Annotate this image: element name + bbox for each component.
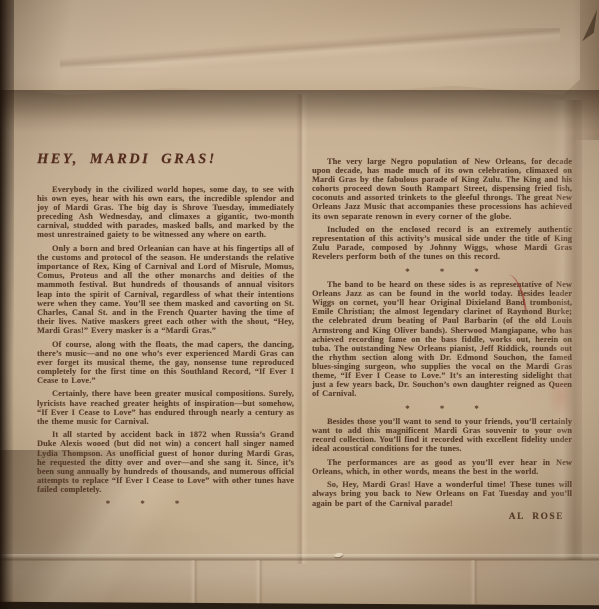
paragraph: Of course, along with the floats, the ma… bbox=[37, 340, 294, 385]
page-title: HEY, MARDI GRAS! bbox=[37, 150, 294, 168]
paragraph: Only a born and bred Orleanian can have … bbox=[37, 244, 294, 335]
left-column: HEY, MARDI GRAS! Everybody in the civili… bbox=[37, 150, 294, 512]
asterisk-separator: * * * bbox=[312, 403, 572, 413]
paragraph: So, Hey, Mardi Gras! Have a wonderful ti… bbox=[312, 480, 572, 507]
flap-cast-shadow bbox=[0, 90, 599, 132]
paper-ripple bbox=[190, 560, 198, 604]
paragraph: Certainly, there have been greater music… bbox=[37, 389, 294, 425]
paragraph: The band to be heard on these sides is a… bbox=[312, 280, 572, 398]
asterisk-separator: * * * bbox=[312, 266, 572, 276]
paper-ripple bbox=[255, 560, 263, 604]
red-pen-smudge bbox=[548, 372, 574, 420]
author-signature: AL ROSE bbox=[312, 513, 572, 522]
asterisk-separator: * * * bbox=[37, 498, 294, 508]
bottom-fold-crease bbox=[0, 554, 599, 561]
center-fold-crease bbox=[296, 92, 308, 564]
paragraph: The very large Negro population of New O… bbox=[312, 157, 572, 221]
paragraph: The performances are as good as you’ll e… bbox=[312, 458, 572, 476]
paragraph: Besides those you’ll want to send to you… bbox=[312, 417, 572, 453]
right-edge-crease bbox=[552, 100, 582, 560]
paragraph: It all started by accident back in 1872 … bbox=[37, 430, 294, 494]
photo-of-record-sleeve-liner: HEY, MARDI GRAS! Everybody in the civili… bbox=[0, 0, 599, 609]
paragraph: Included on the enclosed record is an ex… bbox=[312, 225, 572, 261]
paragraph: Everybody in the civilized world hopes, … bbox=[37, 185, 294, 240]
flap-wrinkle bbox=[60, 28, 560, 68]
paper-ripple bbox=[470, 560, 478, 604]
photo-dark-edge-left bbox=[0, 0, 14, 609]
right-column: The very large Negro population of New O… bbox=[312, 157, 572, 522]
